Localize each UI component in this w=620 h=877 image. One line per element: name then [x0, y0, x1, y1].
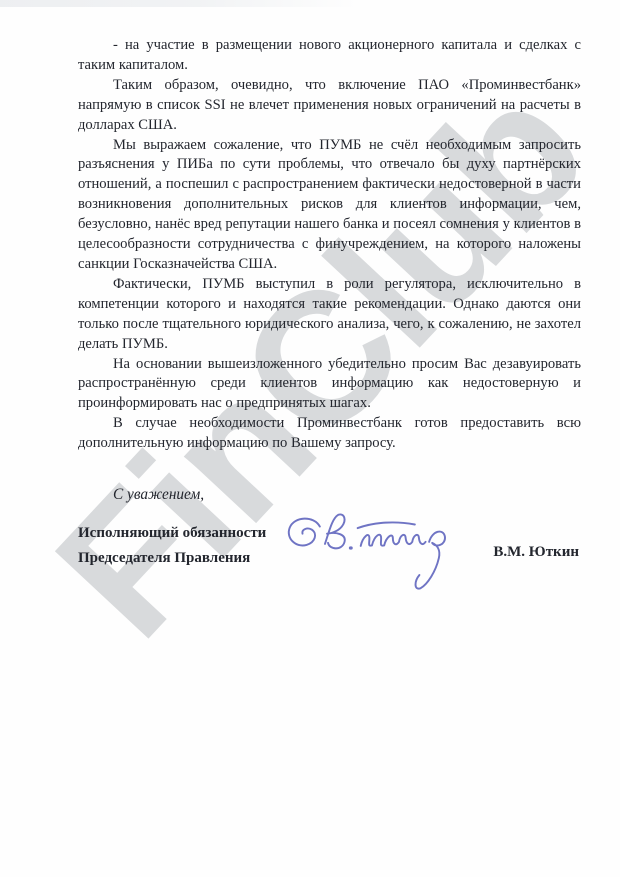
paragraph-ssi-conclusion: Таким образом, очевидно, что включение П… — [78, 76, 581, 136]
paragraph-additional-info: В случае необходимости Проминвестбанк го… — [78, 414, 581, 454]
letter-body: - на участие в размещении нового акционе… — [78, 36, 581, 641]
handwritten-signature — [283, 500, 467, 597]
paragraph-request-disavow: На основании вышеизложенного убедительно… — [78, 355, 581, 415]
scanned-letter-page: FinClub - на участие в размещении нового… — [0, 0, 620, 877]
signer-name: В.М. Юткин — [493, 543, 579, 563]
paragraph-regulator-role: Фактически, ПУМБ выступил в роли регулят… — [78, 275, 581, 355]
scan-edge-artifact — [0, 0, 360, 7]
signature-block: Исполняющий обязанности Председателя Пра… — [78, 521, 581, 641]
paragraph-list-item-capital: - на участие в размещении нового акционе… — [78, 36, 581, 76]
paragraph-regret: Мы выражаем сожаление, что ПУМБ не счёл … — [78, 136, 581, 275]
